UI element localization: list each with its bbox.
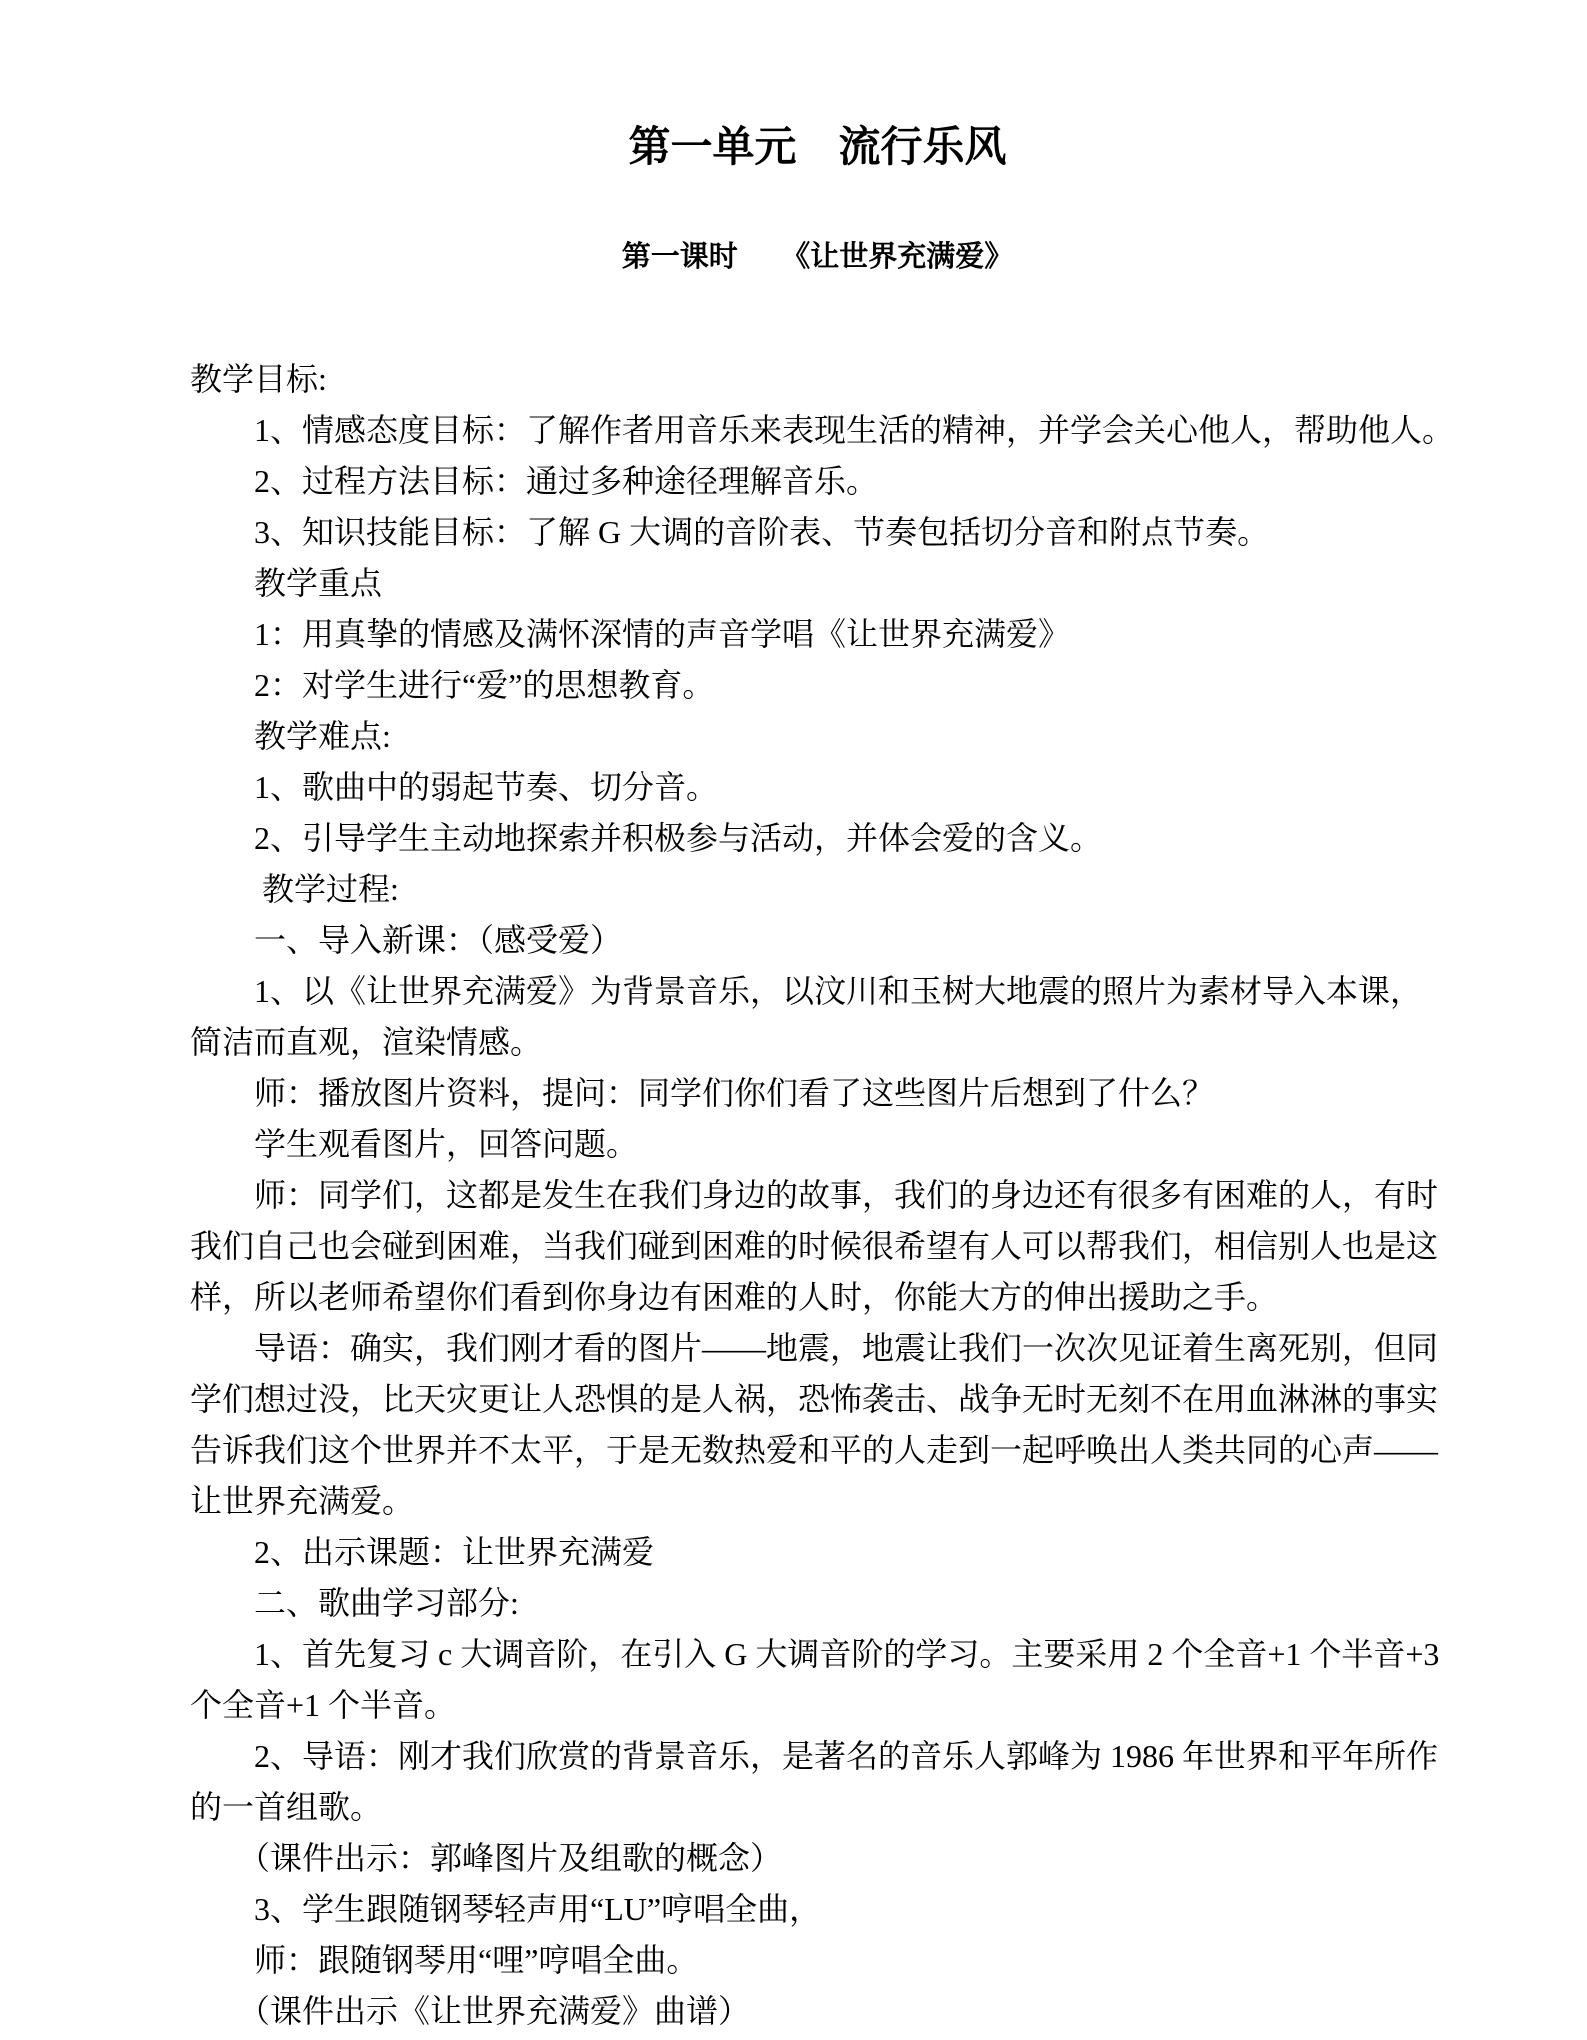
body-line: 的一首组歌。 <box>190 1782 1445 1833</box>
body-line: 2、导语：刚才我们欣赏的背景音乐，是著名的音乐人郭峰为 1986 年世界和平年所… <box>190 1731 1445 1782</box>
body-line: 教学难点: <box>190 711 1445 762</box>
body-line: 2、过程方法目标：通过多种途径理解音乐。 <box>190 456 1445 507</box>
body-line: （课件出示：郭峰图片及组歌的概念） <box>190 1833 1445 1884</box>
lesson-title: 第一课时 《让世界充满爱》 <box>190 228 1445 286</box>
body-line: （课件出示《让世界充满爱》曲谱） <box>190 1986 1445 2037</box>
body-line: 我们自己也会碰到困难，当我们碰到困难的时候很希望有人可以帮我们，相信别人也是这 <box>190 1221 1445 1272</box>
body-line: 1、情感态度目标：了解作者用音乐来表现生活的精神，并学会关心他人，帮助他人。 <box>190 405 1445 456</box>
body-line: 3、知识技能目标：了解 G 大调的音阶表、节奏包括切分音和附点节奏。 <box>190 507 1445 558</box>
body-line: 1、首先复习 c 大调音阶，在引入 G 大调音阶的学习。主要采用 2 个全音+1… <box>190 1629 1445 1680</box>
body-line: 师：播放图片资料，提问：同学们你们看了这些图片后想到了什么？ <box>190 1068 1445 1119</box>
body-line: 教学目标: <box>190 354 1445 405</box>
body-line: 2、出示课题：让世界充满爱 <box>190 1527 1445 1578</box>
body-line: 学生观看图片，回答问题。 <box>190 1119 1445 1170</box>
lesson-plan-body: 教学目标: 1、情感态度目标：了解作者用音乐来表现生活的精神，并学会关心他人，帮… <box>190 354 1445 2037</box>
body-line: 1、歌曲中的弱起节奏、切分音。 <box>190 762 1445 813</box>
body-line: 样，所以老师希望你们看到你身边有困难的人时，你能大方的伸出援助之手。 <box>190 1272 1445 1323</box>
body-line: 1、以《让世界充满爱》为背景音乐，以汶川和玉树大地震的照片为素材导入本课， <box>190 966 1445 1017</box>
body-line: 教学过程: <box>190 864 1445 915</box>
body-line: 让世界充满爱。 <box>190 1476 1445 1527</box>
body-line: 2：对学生进行“爱”的思想教育。 <box>190 660 1445 711</box>
body-line: 1：用真挚的情感及满怀深情的声音学唱《让世界充满爱》 <box>190 609 1445 660</box>
document-page: 第一单元 流行乐风 第一课时 《让世界充满爱》 教学目标: 1、情感态度目标：了… <box>0 0 1587 2040</box>
unit-title: 第一单元 流行乐风 <box>190 116 1445 180</box>
body-line: 告诉我们这个世界并不太平，于是无数热爱和平的人走到一起呼唤出人类共同的心声—— <box>190 1425 1445 1476</box>
body-line: 师：跟随钢琴用“哩”哼唱全曲。 <box>190 1935 1445 1986</box>
body-line: 教学重点 <box>190 558 1445 609</box>
body-line: 学们想过没，比天灾更让人恐惧的是人祸，恐怖袭击、战争无时无刻不在用血淋淋的事实 <box>190 1374 1445 1425</box>
body-line: 2、引导学生主动地探索并积极参与活动，并体会爱的含义。 <box>190 813 1445 864</box>
body-line: 简洁而直观，渲染情感。 <box>190 1017 1445 1068</box>
body-line: 一、导入新课：（感受爱） <box>190 915 1445 966</box>
body-line: 个全音+1 个半音。 <box>190 1680 1445 1731</box>
body-line: 导语：确实，我们刚才看的图片——地震，地震让我们一次次见证着生离死别，但同 <box>190 1323 1445 1374</box>
body-line: 师：同学们，这都是发生在我们身边的故事，我们的身边还有很多有困难的人，有时 <box>190 1170 1445 1221</box>
body-line: 二、歌曲学习部分: <box>190 1578 1445 1629</box>
body-line: 3、学生跟随钢琴轻声用“LU”哼唱全曲， <box>190 1884 1445 1935</box>
